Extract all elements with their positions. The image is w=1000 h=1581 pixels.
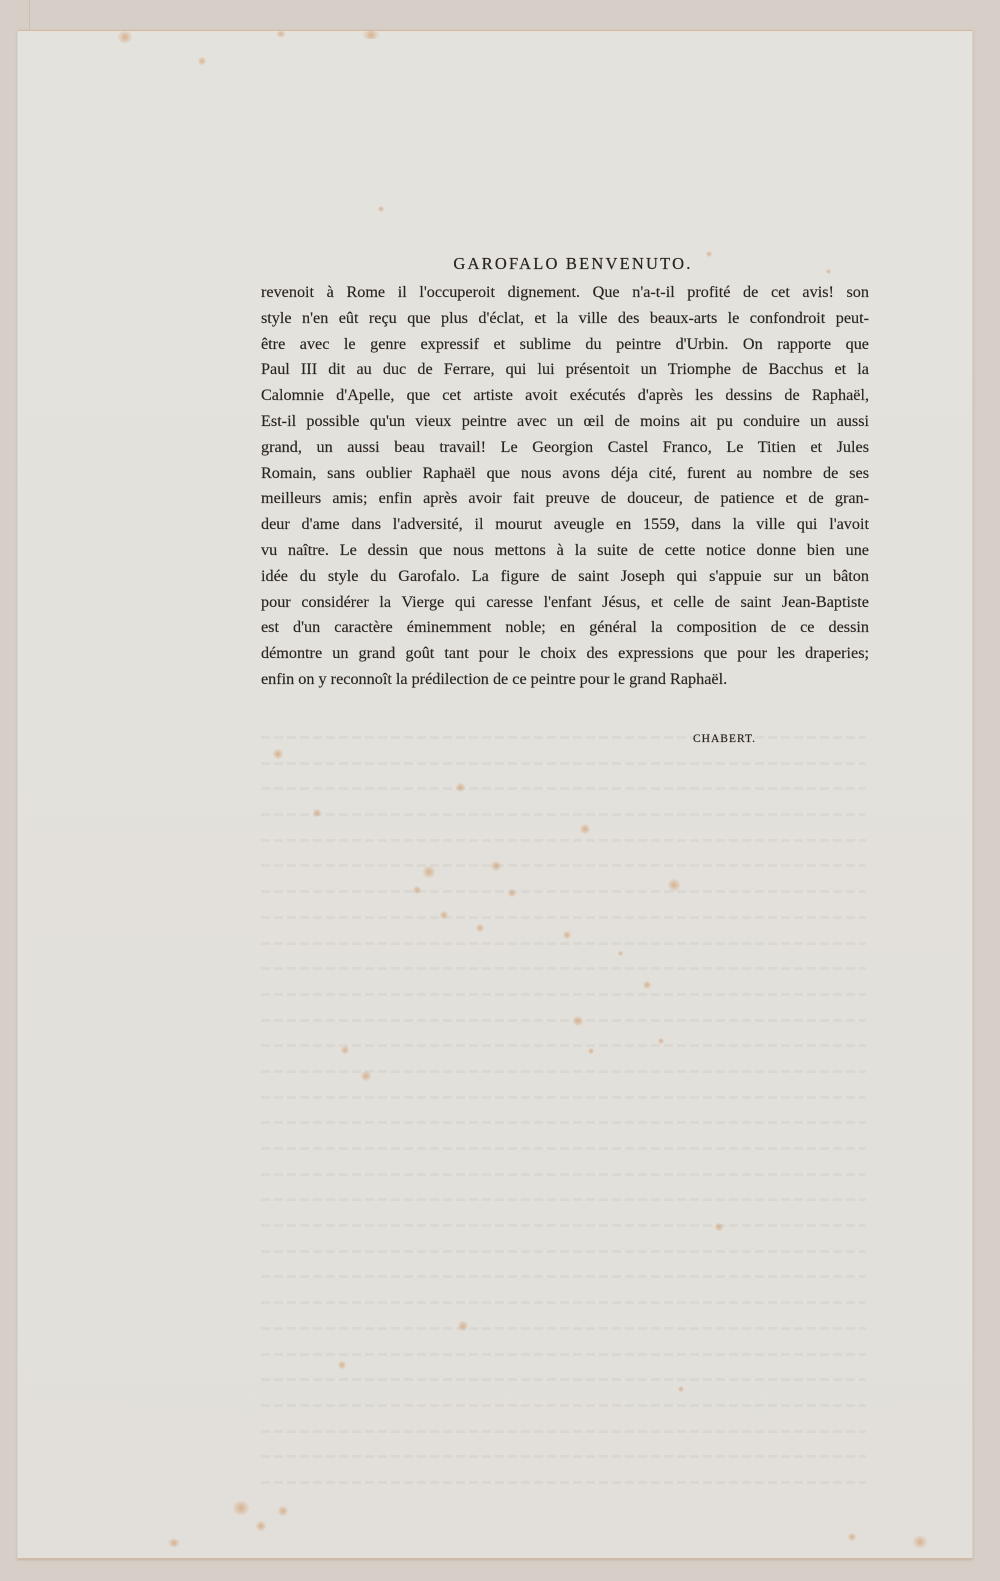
text-block: GAROFALO BENVENUTO. revenoit à Rome il l…: [261, 254, 869, 693]
foxing-spot: [233, 1501, 249, 1515]
show-through-text: [261, 736, 866, 1507]
text-line: vu naître. Le dessin que nous mettons à …: [261, 538, 869, 564]
foxing-spot: [913, 1536, 927, 1548]
backdrop-edge-line: [29, 0, 30, 34]
text-line: Paul III dit au duc de Ferrare, qui lui …: [261, 357, 869, 383]
text-line: revenoit à Rome il l'occuperoit dignemen…: [261, 280, 869, 306]
text-line: style n'en eût reçu que plus d'éclat, et…: [261, 306, 869, 332]
foxing-spot: [278, 1506, 288, 1516]
text-line: deur d'ame dans l'adversité, il mourut a…: [261, 512, 869, 538]
text-line: idée du style du Garofalo. La figure de …: [261, 564, 869, 590]
text-line: grand, un aussi beau travail! Le Georgio…: [261, 435, 869, 461]
foxing-spot: [378, 206, 384, 212]
foxing-spot: [362, 31, 380, 39]
text-line: meilleurs amis; enfin après avoir fait p…: [261, 486, 869, 512]
paper-sheet: GAROFALO BENVENUTO. revenoit à Rome il l…: [17, 30, 973, 1559]
text-line: est d'un caractère éminemment noble; en …: [261, 615, 869, 641]
foxing-spot: [198, 57, 206, 65]
text-line: être avec le genre expressif et sublime …: [261, 332, 869, 358]
text-line: Calomnie d'Apelle, que cet artiste avoit…: [261, 383, 869, 409]
text-line: enfin on y reconnoît la prédilection de …: [261, 667, 869, 693]
text-line: pour considérer la Vierge qui caresse l'…: [261, 590, 869, 616]
author-signature: CHABERT.: [693, 733, 756, 745]
foxing-spot: [848, 1533, 856, 1541]
text-line: Romain, sans oublier Raphaël que nous av…: [261, 461, 869, 487]
text-line: Est-il possible qu'un vieux peintre avec…: [261, 409, 869, 435]
body-paragraph: revenoit à Rome il l'occuperoit dignemen…: [261, 280, 869, 693]
text-line: démontre un grand goût tant pour le choi…: [261, 641, 869, 667]
foxing-spot: [168, 1539, 180, 1547]
foxing-spot: [276, 31, 286, 37]
foxing-spot: [118, 31, 132, 43]
foxing-spot: [256, 1521, 266, 1531]
page-title: GAROFALO BENVENUTO.: [261, 254, 869, 274]
